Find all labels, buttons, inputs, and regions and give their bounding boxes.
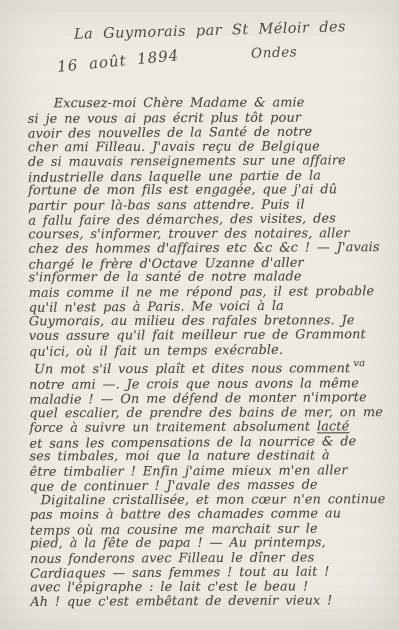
letter-line: quel escalier, de prendre des bains de m… xyxy=(29,406,385,422)
letter-line: Un mot s'il vous plaît et dites nous com… xyxy=(29,357,385,378)
letter-body: Excusez-moi Chère Madame & amiesi je ne … xyxy=(28,96,387,610)
underlined-word: lacté xyxy=(317,419,349,434)
letter-line: de si mauvais renseignements sur une aff… xyxy=(28,154,384,170)
letter-line: vous assure qu'il fait meilleur rue de G… xyxy=(29,328,385,344)
letter-line: pas moins à battre des chamades comme au xyxy=(30,507,386,523)
letter-line: pied, à la fête de papa ! — Au printemps… xyxy=(30,536,386,552)
letter-line: Excusez-moi Chère Madame & amie xyxy=(28,96,384,112)
letter-line: Guymorais, au milieu des rafales bretonn… xyxy=(29,314,385,330)
letter-line: Digitaline cristallisée, et mon cœur n'e… xyxy=(30,493,386,509)
letter-line: s'informer de la santé de notre malade xyxy=(29,270,385,286)
letter-line: courses, s'informer, trouver des notaire… xyxy=(28,227,384,243)
letter-line: avec l'épigraphe : le lait c'est le beau… xyxy=(30,580,386,596)
letter-line: cher ami Filleau. J'avais reçu de Belgiq… xyxy=(28,140,384,156)
letter-line: ses timbales, moi que la nature destinai… xyxy=(30,449,386,465)
letter-line: chez des hommes d'affaires etc &c &c ! —… xyxy=(28,241,384,257)
superscript-insertion: va xyxy=(353,358,365,369)
letter-line: fortune de mon fils est engagée, que j'a… xyxy=(28,183,384,199)
letter-place-line: La Guymorais par St Méloir des xyxy=(74,19,346,43)
letter-date: 16 août 1894 xyxy=(56,46,180,76)
letter-line: Ah ! que c'est embêtant de devenir vieux… xyxy=(30,594,386,610)
letter-page: La Guymorais par St Méloir des Ondes 16 … xyxy=(0,0,399,630)
letter-place-wrap-line: Ondes xyxy=(251,44,298,62)
